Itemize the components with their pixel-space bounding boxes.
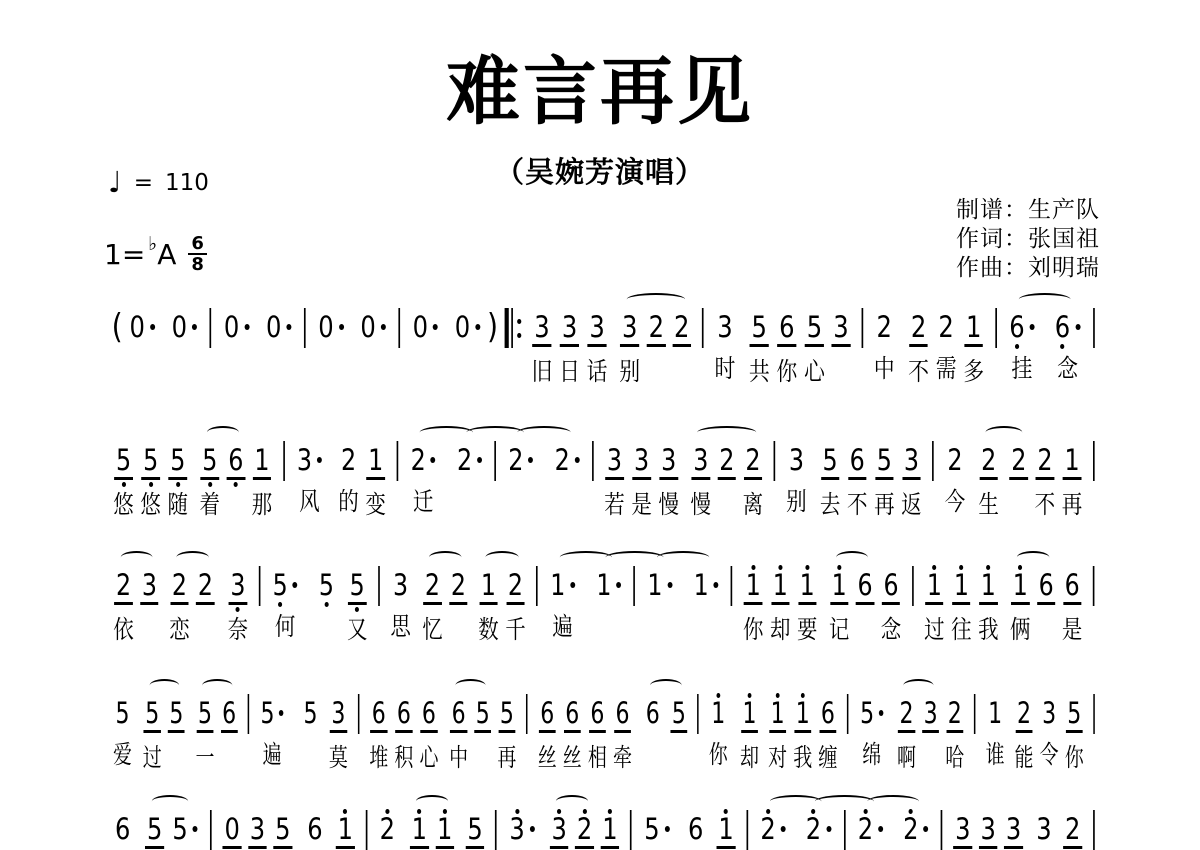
- score: (00000000)3旧3日3话3别223时5共6你5心32中2不2需1多6挂6…: [0, 0, 1200, 850]
- note: 3: [508, 812, 537, 846]
- octave-dot-above: [608, 809, 612, 814]
- note: 3: [692, 443, 710, 480]
- note-digit: 6: [1065, 571, 1080, 600]
- note: 5: [875, 443, 893, 480]
- note-digit: 3: [551, 815, 566, 844]
- note-digit: 3: [250, 815, 265, 844]
- augmentation-dot: [193, 826, 198, 832]
- note: 5: [145, 812, 164, 849]
- barline: [630, 810, 632, 850]
- note-digit: 2: [948, 699, 962, 728]
- spacer: [339, 568, 344, 569]
- note-cell: 6挂: [1008, 310, 1037, 383]
- note-cell: 1却: [740, 696, 759, 772]
- note-digit: 5: [752, 313, 767, 342]
- note: 2: [507, 443, 535, 477]
- note-cell: 0: [359, 310, 388, 383]
- note: 2: [409, 443, 437, 477]
- note-cell: 0: [223, 812, 242, 849]
- lyric-syllable: 往: [951, 616, 971, 644]
- note-digit: 2: [555, 446, 570, 475]
- octave-dot-above: [909, 809, 913, 814]
- note: 3: [248, 812, 267, 849]
- note-cell: 6: [686, 812, 705, 846]
- note-digit: 5: [116, 446, 131, 475]
- note-cell: 6牵: [613, 696, 632, 772]
- barline: [358, 694, 360, 734]
- note: 0: [359, 310, 388, 344]
- note: 3: [550, 812, 569, 849]
- augmentation-dot: [150, 324, 155, 330]
- note-cell: 6心: [419, 696, 438, 772]
- octave-dot-above: [385, 809, 389, 814]
- note-cell: 1: [410, 812, 429, 849]
- note-digit: 6: [883, 571, 898, 600]
- note-digit: 5: [143, 446, 158, 475]
- note-digit: 0: [224, 313, 239, 342]
- note-cell: 5爱: [113, 696, 132, 769]
- notes-row: 6550356121153321561222233332: [110, 792, 1102, 850]
- lyric-syllable: 生: [978, 491, 999, 519]
- note-digit: 3: [589, 313, 604, 342]
- note-digit: 3: [717, 313, 732, 342]
- lyric-syllable: 念: [881, 616, 901, 644]
- note-cell: 5去: [820, 443, 841, 519]
- note-digit: 6: [850, 446, 865, 475]
- note-cell: 0: [128, 310, 157, 383]
- note-digit: 1: [602, 815, 617, 844]
- slur: [650, 679, 682, 692]
- note: 1: [964, 310, 983, 347]
- lyric-syllable: 返: [901, 491, 922, 519]
- note-digit: 3: [622, 313, 637, 342]
- music-system: 5爱5过55一65遍53莫6堆6积6心6中55再6丝6丝6相6牵651你1却1对…: [110, 676, 1200, 772]
- notes-row: 2依32恋23奈5何55又3思2忆21数2千1遍1111你1却1要1记66念1过…: [110, 548, 1102, 644]
- note-digit: 3: [693, 446, 708, 475]
- spacer: [162, 568, 166, 569]
- note-cell: 2忆: [422, 568, 442, 644]
- note: 5: [317, 568, 335, 602]
- note: 2: [909, 310, 928, 347]
- note-digit: 3: [562, 313, 577, 342]
- spacer: [888, 812, 898, 813]
- spacer: [188, 696, 193, 697]
- note: 5: [201, 443, 219, 480]
- lyric-syllable: 相: [588, 744, 607, 772]
- note-cell: 1要: [797, 568, 817, 644]
- slur: [985, 426, 1022, 439]
- slur: [517, 426, 570, 439]
- note-cell: 3: [953, 812, 972, 849]
- note-digit: 2: [858, 815, 873, 844]
- spacer: [328, 812, 333, 813]
- note-digit: 0: [266, 313, 281, 342]
- note-digit: 3: [1006, 815, 1021, 844]
- note-digit: 1: [742, 699, 756, 728]
- note: 1: [595, 568, 623, 602]
- barline: [1093, 810, 1095, 850]
- octave-dot-above: [417, 809, 421, 814]
- note-digit: 2: [451, 571, 466, 600]
- octave-dot-above: [443, 809, 447, 814]
- octave-dot-above: [801, 693, 805, 698]
- lyric-syllable: 你: [743, 616, 763, 644]
- note: 1: [646, 568, 674, 602]
- note-cell: 3: [140, 568, 158, 644]
- octave-dot-above: [766, 809, 770, 814]
- slur: [429, 551, 461, 564]
- note-cell: 2啊: [897, 696, 916, 772]
- lyric-syllable: 思: [390, 613, 410, 641]
- barline: [974, 694, 976, 734]
- note-cell: 2离: [743, 443, 764, 519]
- note: 1: [769, 696, 786, 733]
- note-cell: 5随: [168, 443, 189, 519]
- lyric-syllable: 啊: [897, 744, 916, 772]
- octave-dot-above: [776, 693, 780, 698]
- note: 0: [317, 310, 346, 344]
- spacer: [791, 812, 801, 813]
- lyric-syllable: 再: [497, 744, 516, 772]
- note-digit: 2: [425, 571, 440, 600]
- note-cell: 2: [455, 443, 483, 516]
- note: 6: [450, 696, 467, 733]
- note-cell: 2能: [1015, 696, 1034, 772]
- note: 2: [946, 443, 964, 477]
- octave-dot-below: [1015, 344, 1019, 349]
- note-cell: 5悠: [140, 443, 161, 519]
- note: 3: [660, 443, 678, 480]
- spacer: [682, 443, 687, 444]
- note-cell: 1: [435, 812, 454, 849]
- lyric-syllable: 迁: [413, 488, 434, 516]
- note: 3: [787, 443, 805, 477]
- lyric-syllable: 心: [804, 358, 825, 386]
- note-cell: 3时: [715, 310, 736, 383]
- notes-row: 5爱5过55一65遍53莫6堆6积6心6中55再6丝6丝6相6牵651你1却1对…: [110, 676, 1102, 772]
- note-digit: 2: [674, 313, 689, 342]
- note-cell: 1再: [1062, 443, 1083, 519]
- note: 5: [750, 310, 769, 347]
- note-cell: 6不: [847, 443, 868, 519]
- note-digit: 6: [821, 699, 835, 728]
- note: 1: [601, 812, 620, 849]
- note: 6: [227, 443, 245, 480]
- note: 1: [952, 568, 970, 605]
- note: 2: [759, 812, 788, 846]
- note: 6: [395, 696, 412, 733]
- note-digit: 5: [261, 699, 275, 728]
- note-digit: 1: [832, 571, 847, 600]
- octave-dot-above: [557, 809, 561, 814]
- note-digit: 5: [170, 446, 185, 475]
- lyric-syllable: 慢: [658, 491, 679, 519]
- note: 3: [330, 696, 347, 733]
- lyric-syllable: 我: [793, 744, 812, 772]
- note-cell: 1却: [770, 568, 790, 644]
- note-cell: 2恋: [169, 568, 189, 644]
- lyric-syllable: 依: [113, 616, 133, 644]
- note: 2: [170, 568, 188, 605]
- barline: [210, 308, 212, 348]
- note-cell: 5又: [347, 568, 367, 644]
- augmentation-dot: [923, 826, 928, 832]
- note-cell: 3慢: [658, 443, 679, 519]
- note-digit: 6: [397, 699, 411, 728]
- note-digit: 6: [228, 446, 243, 475]
- note: 6: [777, 310, 796, 347]
- note: 2: [423, 568, 441, 605]
- note: 6: [848, 443, 866, 480]
- note: 3: [140, 568, 158, 605]
- note: 1: [717, 812, 736, 849]
- note-digit: 2: [877, 313, 892, 342]
- augmentation-dot: [433, 324, 438, 330]
- note: 1: [979, 568, 997, 605]
- spacer: [810, 443, 817, 444]
- lyric-syllable: 你: [709, 741, 728, 769]
- note-digit: 6: [1009, 313, 1024, 342]
- note: 0: [453, 310, 482, 344]
- note: 5: [670, 696, 687, 733]
- slur: [657, 551, 710, 564]
- note: 5: [643, 812, 672, 846]
- spacer: [160, 310, 167, 311]
- note-digit: 1: [988, 699, 1002, 728]
- slur: [466, 426, 524, 439]
- note-digit: 1: [437, 815, 452, 844]
- note-cell: 6: [113, 812, 132, 846]
- note-digit: 0: [455, 313, 470, 342]
- barline: [378, 566, 380, 606]
- note-digit: 0: [413, 313, 428, 342]
- note-digit: 6: [540, 699, 554, 728]
- octave-dot-below: [234, 482, 238, 487]
- note-digit: 5: [198, 699, 212, 728]
- spacer: [1008, 696, 1012, 697]
- note-cell: 2依: [113, 568, 133, 644]
- spacer: [443, 310, 450, 311]
- lyric-syllable: 悠: [113, 491, 134, 519]
- note-digit: 5: [319, 571, 334, 600]
- note: 6: [1063, 568, 1081, 605]
- repeat-dot: [517, 333, 521, 338]
- note: 2: [114, 568, 132, 605]
- note: 1: [744, 568, 762, 605]
- lyric-syllable: 风: [299, 488, 320, 516]
- octave-dot-above: [932, 565, 936, 570]
- note-digit: 5: [147, 815, 162, 844]
- begin-repeat-sign: [505, 308, 522, 348]
- note: 1: [253, 443, 271, 480]
- note-cell: 3: [1035, 812, 1054, 846]
- note-cell: 5再: [874, 443, 895, 519]
- slur: [176, 551, 208, 564]
- note-cell: 6念: [1053, 310, 1082, 383]
- note-cell: 5: [317, 568, 335, 641]
- note-digit: 1: [966, 313, 981, 342]
- note-digit: 2: [380, 815, 395, 844]
- note: 6: [644, 696, 661, 730]
- lyric-syllable: 过: [143, 744, 162, 772]
- note: 6: [856, 568, 874, 605]
- note-cell: 2: [507, 443, 535, 516]
- note: 3: [1035, 812, 1054, 846]
- spacer: [349, 310, 356, 311]
- barline: [259, 566, 261, 606]
- note-cell: 2: [856, 812, 885, 846]
- lyric-syllable: 爱: [113, 741, 132, 769]
- note-cell: 2: [804, 812, 833, 846]
- note: 1: [336, 812, 355, 849]
- spacer: [1040, 310, 1050, 311]
- note: 1: [794, 696, 811, 733]
- note: 1: [366, 443, 384, 480]
- spacer: [708, 812, 713, 813]
- note: 5: [259, 696, 285, 730]
- note-digit: 2: [760, 815, 775, 844]
- note-digit: 3: [534, 313, 549, 342]
- note-digit: 2: [457, 446, 472, 475]
- note-digit: 6: [452, 699, 466, 728]
- note-cell: 1遍: [549, 568, 577, 641]
- note-digit: 1: [412, 815, 427, 844]
- spacer: [322, 696, 326, 697]
- note-digit: 1: [718, 815, 733, 844]
- note: 3: [560, 310, 579, 347]
- lyric-syllable: 共: [749, 358, 770, 386]
- note-cell: 1变: [365, 443, 386, 519]
- lyric-syllable: 你: [776, 358, 797, 386]
- spacer: [302, 568, 313, 569]
- note-cell: 2迁: [409, 443, 437, 516]
- note-cell: 3若: [604, 443, 625, 519]
- lyric-syllable: 别: [619, 358, 640, 386]
- note-cell: 6丝: [563, 696, 582, 772]
- slur: [151, 795, 188, 808]
- octave-dot-above: [805, 565, 809, 570]
- note-cell: 0: [453, 310, 482, 383]
- note: 3: [229, 568, 247, 605]
- octave-dot-below: [355, 607, 359, 612]
- note-cell: 2: [718, 443, 736, 519]
- note-cell: 3: [550, 812, 569, 849]
- slur: [836, 551, 868, 564]
- note-cell: 5: [466, 812, 485, 849]
- note-digit: 2: [411, 446, 426, 475]
- note: 6: [882, 568, 900, 605]
- note-digit: 3: [230, 571, 245, 600]
- note: 3: [716, 310, 735, 344]
- lyric-syllable: 你: [1065, 744, 1084, 772]
- note: 0: [264, 310, 293, 344]
- augmentation-dot: [530, 826, 535, 832]
- note-cell: 1多: [963, 310, 984, 386]
- note: 0: [223, 812, 242, 849]
- note-cell: 5何: [271, 568, 299, 641]
- slur: [626, 293, 685, 306]
- note: 5: [805, 310, 824, 347]
- note-digit: 6: [1039, 571, 1054, 600]
- note-digit: 1: [368, 446, 383, 475]
- note-digit: 6: [1055, 313, 1070, 342]
- note-digit: 1: [981, 571, 996, 600]
- note: 2: [647, 310, 666, 347]
- lyric-syllable: 对: [768, 744, 787, 772]
- spacer: [540, 812, 547, 813]
- spacer: [969, 443, 976, 444]
- octave-dot-below: [236, 607, 240, 612]
- note-cell: 0: [222, 310, 251, 383]
- note-cell: 1: [717, 812, 736, 849]
- note-digit: 6: [372, 699, 386, 728]
- augmentation-dot: [826, 826, 831, 832]
- slur: [770, 795, 822, 808]
- note-digit: 6: [688, 815, 703, 844]
- note-digit: 2: [938, 313, 953, 342]
- slur: [606, 551, 664, 564]
- note-digit: 2: [1017, 699, 1031, 728]
- note-cell: 2: [378, 812, 397, 846]
- spacer: [677, 568, 688, 569]
- lyric-syllable: 时: [715, 355, 736, 383]
- note-cell: 1: [601, 812, 620, 849]
- octave-dot-below: [176, 482, 180, 487]
- note-digit: 2: [116, 571, 131, 600]
- lyric-syllable: 恋: [169, 616, 189, 644]
- note-digit: 1: [1013, 571, 1028, 600]
- note: 3: [632, 443, 650, 480]
- note-digit: 5: [860, 699, 874, 728]
- augmentation-dot: [431, 457, 436, 463]
- octave-dot-above: [724, 809, 728, 814]
- barline: [774, 441, 776, 481]
- augmentation-dot: [286, 324, 291, 330]
- lyric-syllable: 日: [559, 358, 580, 386]
- repeat-dots: [517, 308, 521, 348]
- augmentation-dot: [293, 582, 298, 588]
- note-digit: 3: [833, 313, 848, 342]
- octave-dot-above: [751, 565, 755, 570]
- note-digit: 2: [577, 815, 592, 844]
- lyric-syllable: 是: [631, 491, 652, 519]
- note-cell: 2: [901, 812, 930, 846]
- note-cell: 2千: [505, 568, 525, 644]
- note-digit: 2: [900, 699, 914, 728]
- note-digit: 5: [807, 313, 822, 342]
- spacer: [611, 310, 616, 311]
- note: 2: [718, 443, 736, 480]
- barline: [861, 308, 863, 348]
- note-cell: 5绵: [859, 696, 885, 769]
- note-digit: 2: [981, 446, 996, 475]
- note-digit: 2: [719, 446, 734, 475]
- barline: [912, 566, 914, 606]
- repeat-thick-bar: [505, 308, 509, 348]
- augmentation-dot: [879, 710, 884, 716]
- note: 2: [196, 568, 214, 605]
- lyric-syllable: 丝: [538, 744, 557, 772]
- note: 3: [391, 568, 409, 602]
- note-cell: 1: [595, 568, 623, 641]
- note: 2: [378, 812, 397, 846]
- repeat-thin-bar: [511, 308, 513, 348]
- note: 1: [830, 568, 848, 605]
- note-cell: 6念: [881, 568, 901, 644]
- slur: [903, 679, 933, 692]
- note: 2: [449, 568, 467, 605]
- note: 6: [614, 696, 631, 733]
